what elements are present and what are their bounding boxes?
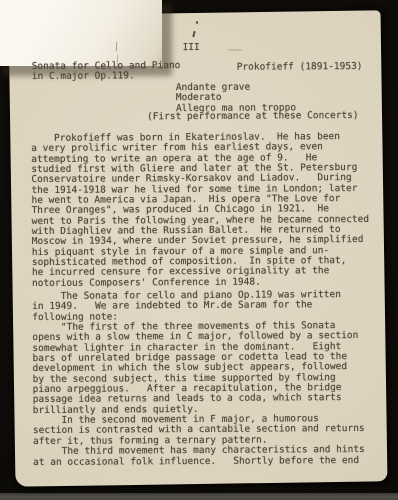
typewritten-text-layer: III Sonata for Cello and Piano in C.majo…: [0, 0, 398, 500]
composer-and-dates: Prokofieff (1891-1953): [237, 62, 363, 73]
biography-paragraph: Prokofieff was born in Ekaterinoslav. He…: [31, 132, 369, 289]
photo-backdrop: III Sonata for Cello and Piano in C.majo…: [0, 0, 398, 500]
section-number: III: [183, 43, 200, 53]
faint-smudge: [228, 49, 242, 51]
work-title-line2: in C.major Op.119.: [32, 71, 135, 83]
premiere-note: (First performance at these Concerts): [147, 111, 359, 123]
ink-speck: [196, 21, 198, 24]
movement-list: Andante grave Moderato Allegro ma non tr…: [176, 82, 296, 114]
program-note-paragraph: The Sonata for cello and piano Op.119 wa…: [32, 290, 365, 468]
work-title: Sonata for Cello and Piano in C.major Op…: [32, 61, 181, 83]
